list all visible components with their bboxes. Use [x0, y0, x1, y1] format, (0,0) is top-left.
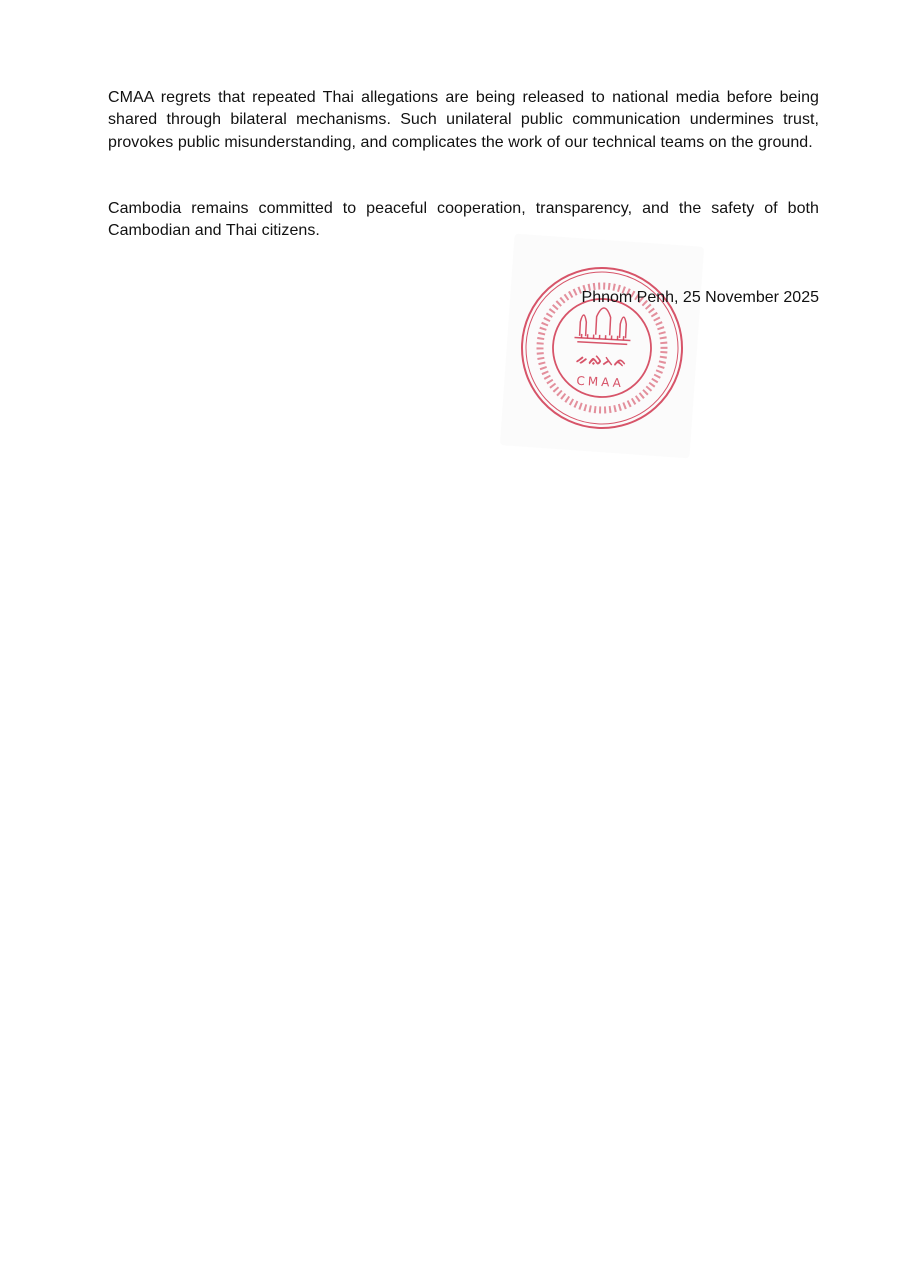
place-and-date: Phnom Penh, 25 November 2025 [582, 287, 819, 309]
document-page: CMAA regrets that repeated Thai allegati… [0, 0, 905, 1280]
svg-text:CMAA: CMAA [576, 374, 624, 390]
svg-text:ᨀᨁᨂᨃ: ᨀᨁᨂᨃ [575, 350, 627, 371]
paragraph-allegations: CMAA regrets that repeated Thai allegati… [108, 87, 819, 154]
paragraph-commitment: Cambodia remains committed to peaceful c… [108, 198, 819, 243]
